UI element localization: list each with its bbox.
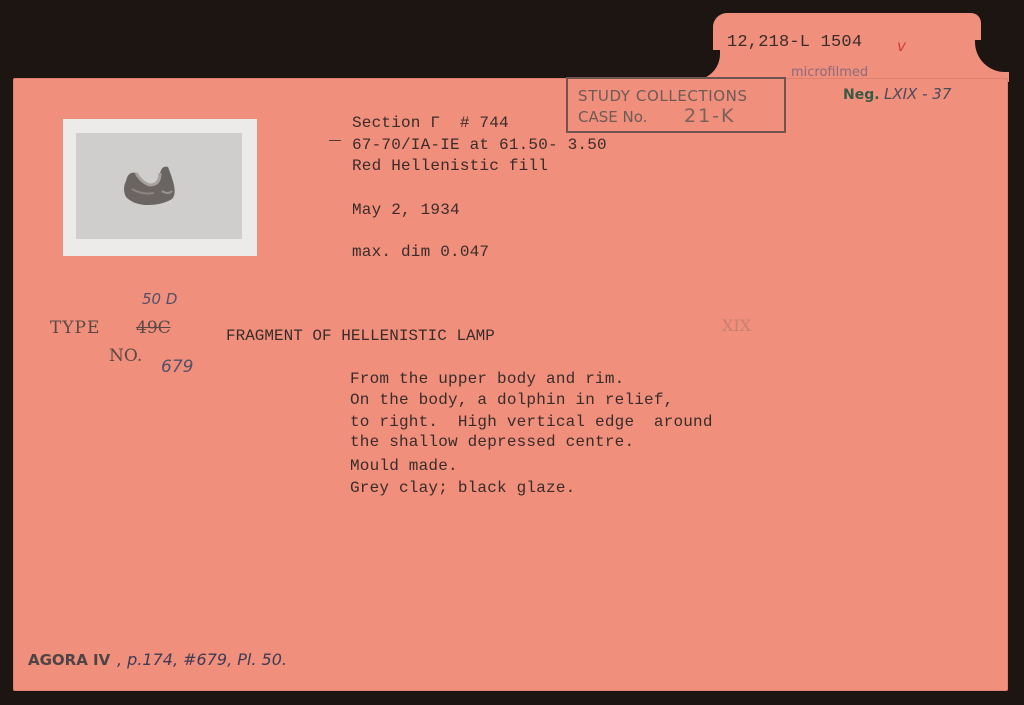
lamp-fragment-image — [76, 133, 242, 239]
context-line: 67-70/IA-IE at 61.50- 3.50 — [352, 135, 607, 155]
negative-label: Neg. — [843, 87, 880, 103]
number-label: NO. — [109, 346, 142, 366]
publication-reference: , p.174, #679, Pl. 50. — [117, 650, 287, 669]
pencil-note: XIX — [722, 316, 751, 335]
type-old-value: 49C — [136, 318, 171, 338]
excavation-date: May 2, 1934 — [352, 200, 460, 220]
tab-left-shoulder — [690, 50, 720, 80]
section-line: Section Γ # 744 — [352, 113, 509, 133]
type-label: TYPE — [50, 318, 100, 338]
type-new-value: 50 D — [142, 290, 177, 308]
fill-line: Red Hellenistic fill — [352, 156, 548, 176]
catalog-number: 12,218-L 1504 — [727, 33, 862, 53]
object-title: FRAGMENT OF HELLENISTIC LAMP — [226, 326, 495, 346]
description-line: the shallow depressed centre. — [350, 432, 634, 452]
inventory-number: 679 — [161, 357, 193, 377]
case-label: CASE No. — [578, 108, 647, 126]
stamp-title: STUDY COLLECTIONS — [578, 87, 748, 105]
publication-label: AGORA IV — [28, 651, 110, 669]
description-line: Grey clay; black glaze. — [350, 478, 575, 498]
negative-number: LXIX - 37 — [884, 85, 951, 103]
study-collections-stamp: STUDY COLLECTIONS CASE No. 21-K — [566, 77, 786, 133]
description-line: to right. High vertical edge around — [350, 412, 713, 432]
description-line: Mould made. — [350, 456, 458, 476]
case-number: 21-K — [684, 105, 736, 127]
margin-dash — [329, 140, 341, 141]
microfilmed-stamp: microfilmed — [791, 65, 868, 80]
max-dimension: max. dim 0.047 — [352, 242, 489, 262]
check-mark: v — [897, 37, 906, 55]
tab-right-shoulder — [975, 40, 1009, 82]
photo-backdrop — [76, 133, 242, 239]
artifact-photo — [63, 119, 257, 256]
description-line: On the body, a dolphin in relief, — [350, 390, 673, 410]
description-line: From the upper body and rim. — [350, 369, 624, 389]
